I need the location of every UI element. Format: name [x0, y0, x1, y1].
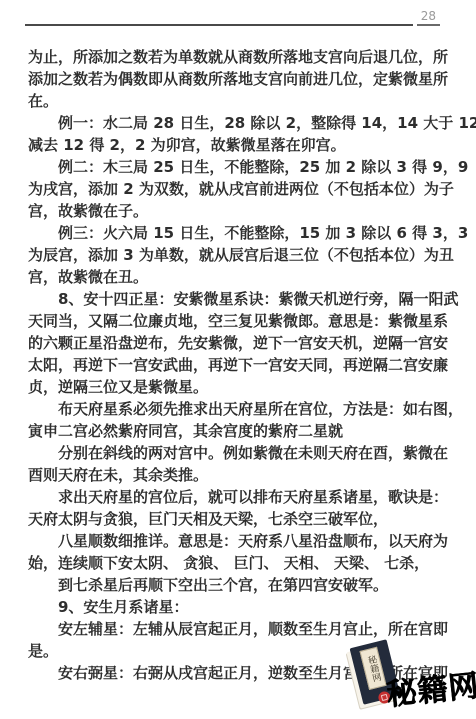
watermark-text: 秘籍网 — [384, 660, 476, 713]
mijiwang-watermark: 秘籍网 秘籍网 — [344, 641, 476, 719]
text-line: 天府太阴与贪狼，巨门天相及天梁，七杀空三破军位， — [28, 508, 448, 530]
text-line: 为止，所添加之数若为单数就从商数所落地支宫向后退几位，所 — [28, 46, 448, 68]
text-line: 安左辅星：左辅从辰宫起正月，顺数至生月宫止，所在宫即 — [28, 618, 448, 640]
scanned-book-page: 28 为止，所添加之数若为单数就从商数所落地支宫向后退几位，所添加之数若为偶数即… — [0, 0, 476, 719]
page-number: 28 — [417, 9, 440, 26]
text-line: 添加之数若为偶数即从商数所落地支宫向前进几位，定紫微星所 — [28, 68, 448, 90]
text-line: 例二：木三局 25 日生，不能整除，25 加 2 除以 3 得 9，9 — [28, 156, 448, 178]
text-line: 太阳，再逆下一宫安武曲，再逆下一宫安天同，再逆隔二宫安廉 — [28, 354, 448, 376]
text-line: 八星顺数细推详。意思是：天府系八星沿盘顺布，以天府为 — [28, 530, 448, 552]
text-line: 宫，故紫微在丑。 — [28, 266, 448, 288]
text-line: 酉则天府在未，其余类推。 — [28, 464, 448, 486]
text-line: 例一：水二局 28 日生，28 除以 2，整除得 14，14 大于 12 — [28, 112, 448, 134]
text-line: 天同当，又隔二位廉贞地，空三复见紫微郎。意思是：紫微星系 — [28, 310, 448, 332]
text-line: 减去 12 得 2，2 为卯宫，故紫微星落在卯宫。 — [28, 134, 448, 156]
book-label: 秘籍网 — [359, 647, 386, 690]
text-line: 在。 — [28, 90, 448, 112]
text-line: 分别在斜线的两对宫中。例如紫微在未则天府在酉，紫微在 — [28, 442, 448, 464]
text-line: 到七杀星后再顺下空出三个宫，在第四宫安破军。 — [28, 574, 448, 596]
body-text: 为止，所添加之数若为单数就从商数所落地支宫向后退几位，所添加之数若为偶数即从商数… — [28, 46, 448, 684]
text-line: 贞，逆隔三位又是紫微星。 — [28, 376, 448, 398]
text-line: 为戌宫，添加 2 为双数，就从戌宫前进两位（不包括本位）为子 — [28, 178, 448, 200]
text-line: 始，连续顺下安太阴、 贪狼、 巨门、 天相、 天梁、 七杀， — [28, 552, 448, 574]
text-line: 为辰宫，添加 3 为单数，就从辰宫后退三位（不包括本位）为丑 — [28, 244, 448, 266]
text-line: 求出天府星的宫位后，就可以排布天府星系诸星，歌诀是： — [28, 486, 448, 508]
text-line: 的六颗正星沿盘逆布，先安紫微，逆下一宫安天机，逆隔一宫安 — [28, 332, 448, 354]
text-line: 宫，故紫微在子。 — [28, 200, 448, 222]
header-rule — [25, 24, 413, 26]
text-line: 9、安生月系诸星： — [28, 596, 448, 618]
text-line: 8、安十四正星：安紫微星系诀：紫微天机逆行旁，隔一阳武 — [28, 288, 448, 310]
text-line: 例三：火六局 15 日生，不能整除，15 加 3 除以 6 得 3，3 — [28, 222, 448, 244]
text-line: 寅申二宫必然紫府同宫，其余宫度的紫府二星就 — [28, 420, 448, 442]
text-line: 布天府星系必须先推求出天府星所在宫位，方法是：如右图， — [28, 398, 448, 420]
